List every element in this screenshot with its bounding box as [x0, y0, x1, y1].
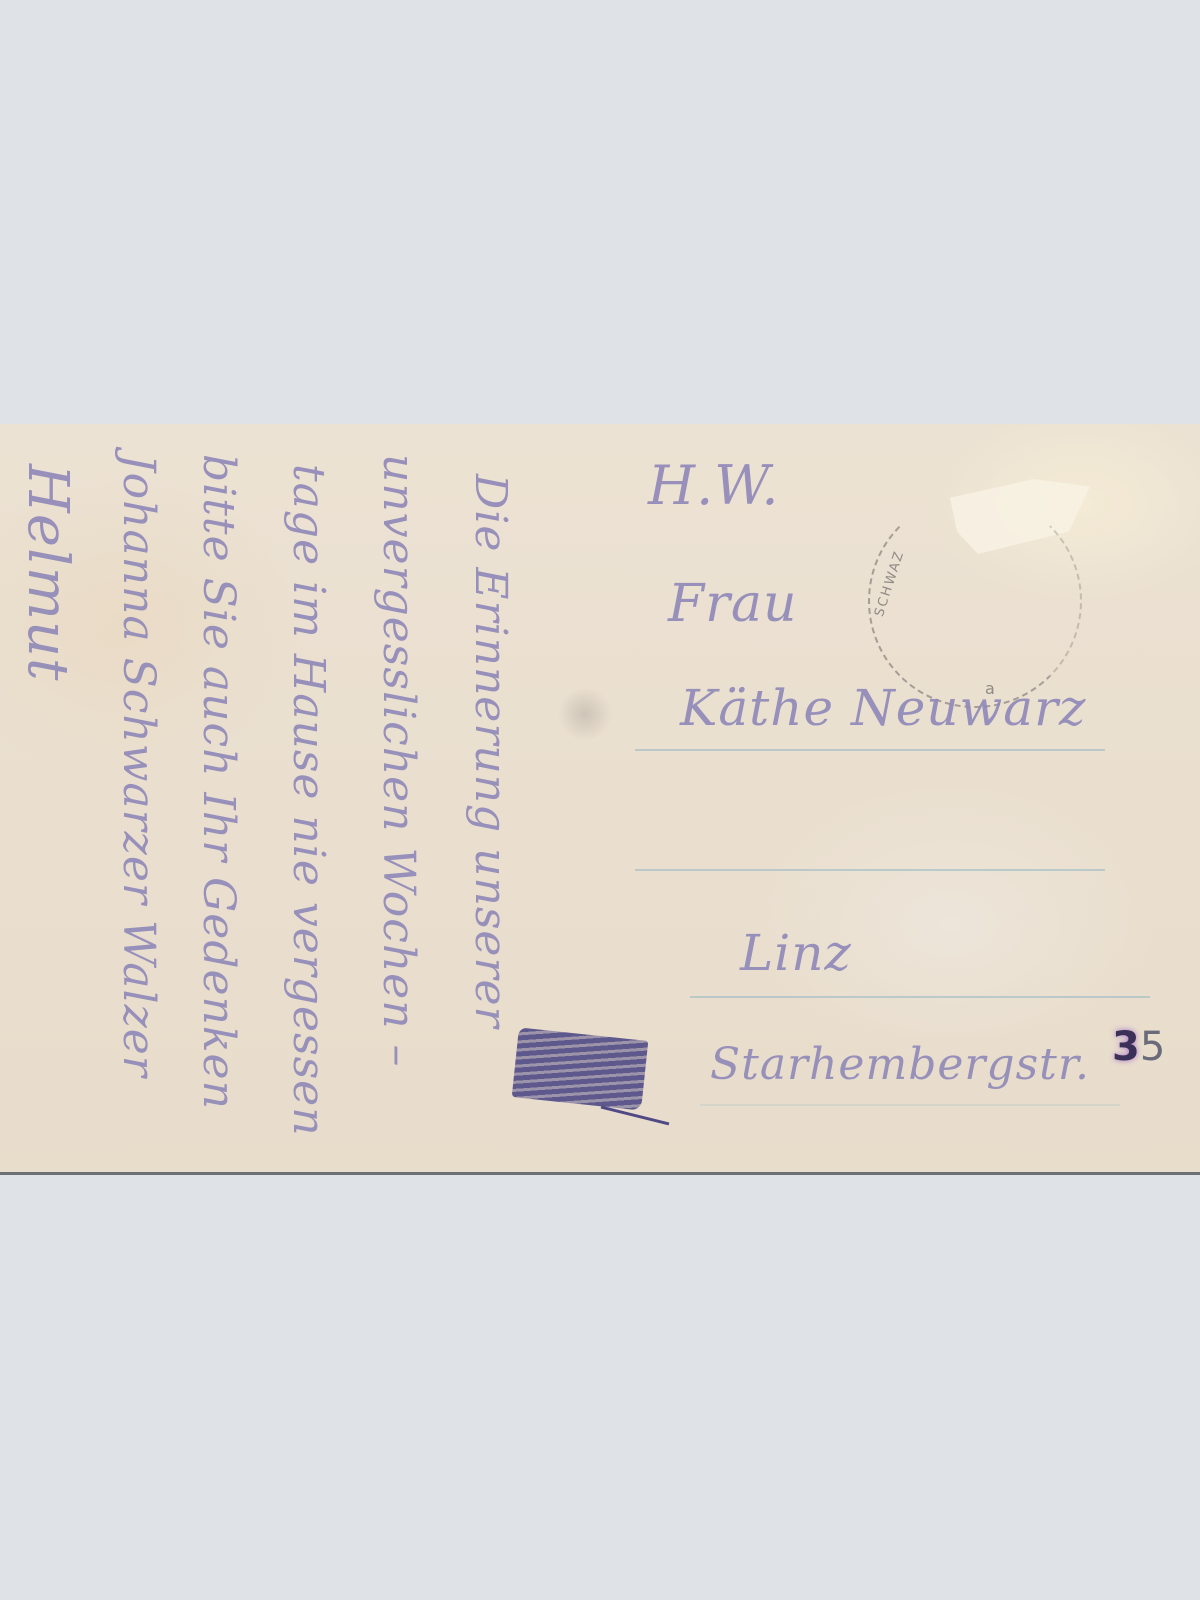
house-number-stamped: 3 — [1112, 1024, 1140, 1070]
address-name: Käthe Neuwarz — [680, 679, 1086, 737]
message-line-2: unvergesslichen Wochen – — [376, 454, 420, 1068]
signature: Helmut — [19, 464, 75, 682]
address-rule-2 — [635, 869, 1105, 871]
house-number: 35 — [1112, 1024, 1165, 1070]
address-salutation: H.W. — [648, 454, 780, 517]
address-rule-4 — [700, 1104, 1120, 1106]
address-rule-1 — [635, 749, 1105, 751]
message-line-4: bitte Sie auch Ihr Gedenken — [196, 454, 240, 1110]
message-line-3: tage im Hause nie vergessen — [286, 464, 330, 1137]
address-street: Starhembergstr. — [710, 1039, 1090, 1090]
address-city: Linz — [740, 924, 852, 982]
scribbled-out-mark — [512, 1027, 649, 1110]
message-line-1: Die Erinnerung unserer — [468, 474, 512, 1029]
address-rule-3 — [690, 996, 1150, 998]
address-title: Frau — [668, 574, 797, 634]
ink-smudge — [555, 689, 615, 739]
message-line-5: Johanna Schwarzer Walzer — [116, 454, 160, 1078]
postcard-back: Die Erinnerung unserer unvergesslichen W… — [0, 424, 1200, 1175]
house-number-rest: 5 — [1140, 1024, 1165, 1070]
postmark-circle — [868, 494, 1082, 708]
